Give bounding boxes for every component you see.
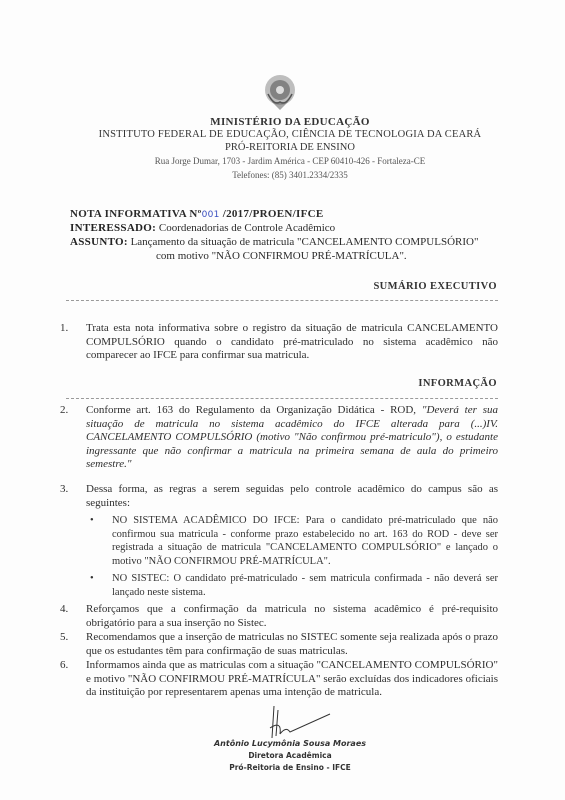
paragraph-text: Reforçamos que a confirmação da matricul… [86, 603, 498, 630]
section-title-sumario: SUMÁRIO EXECUTIVO [373, 281, 497, 292]
coat-of-arms-icon [262, 72, 298, 112]
paragraph-number: 6. [60, 659, 80, 673]
bullet-text: NO SISTEMA ACADÊMICO DO IFCE: Para o can… [112, 514, 498, 568]
signatory-name: Antônio Lucymônia Sousa Moraes [190, 739, 390, 748]
pro-rectory-name: PRÓ-REITORIA DE ENSINO [40, 142, 540, 153]
paragraph-number: 2. [60, 404, 80, 418]
paragraph-5: 5. Recomendamos que a inserção de matric… [60, 631, 498, 658]
signatory-department: Pró-Reitoria de Ensino - IFCE [190, 763, 390, 772]
divider [66, 398, 498, 399]
bullet-item: • NO SISTEMA ACADÊMICO DO IFCE: Para o c… [86, 514, 498, 568]
memo-number-handwritten: 001 [202, 210, 220, 220]
paragraph-text-intro: Conforme art. 163 do Regulamento da Orga… [86, 404, 422, 416]
paragraph-number: 1. [60, 322, 80, 336]
paragraph-text: Dessa forma, as regras a serem seguidas … [86, 483, 498, 510]
paragraph-text: Conforme art. 163 do Regulamento da Orga… [86, 404, 498, 472]
paragraph-3: 3. Dessa forma, as regras a serem seguid… [60, 483, 498, 510]
paragraph-4: 4. Reforçamos que a confirmação da matri… [60, 603, 498, 630]
memo-number-prefix: NOTA INFORMATIVA Nº [70, 208, 202, 220]
bullet-icon: • [90, 514, 94, 528]
bullet-text: NO SISTEC: O candidato pré-matriculado -… [112, 572, 498, 599]
paragraph-number: 5. [60, 631, 80, 645]
address: Rua Jorge Dumar, 1703 - Jardim América -… [40, 156, 540, 166]
paragraph-number: 4. [60, 603, 80, 617]
signatory-role: Diretora Acadêmica [190, 751, 390, 760]
handwritten-signature-icon [242, 700, 332, 740]
assunto-label: ASSUNTO: [70, 236, 128, 248]
interessado-value: Coordenadorias de Controle Acadêmico [159, 222, 335, 234]
section-title-informacao: INFORMAÇÃO [418, 378, 497, 389]
paragraph-6: 6. Informamos ainda que as matriculas co… [60, 659, 498, 700]
institute-name: INSTITUTO FEDERAL DE EDUCAÇÃO, CIÊNCIA D… [40, 129, 540, 140]
phone: Telefones: (85) 3401.2334/2335 [40, 170, 540, 180]
assunto-value-continuation: com motivo "NÃO CONFIRMOU PRÉ-MATRÍCULA"… [156, 250, 407, 263]
bullet-item: • NO SISTEC: O candidato pré-matriculado… [86, 572, 498, 599]
paragraph-text: Recomendamos que a inserção de matricula… [86, 631, 498, 658]
paragraph-text: Informamos ainda que as matriculas com a… [86, 659, 498, 700]
paragraph-number: 3. [60, 483, 80, 497]
paragraph-2: 2. Conforme art. 163 do Regulamento da O… [60, 404, 498, 472]
paragraph-1: 1. Trata esta nota informativa sobre o r… [60, 322, 498, 363]
bullet-icon: • [90, 572, 94, 586]
divider [66, 300, 498, 301]
memo-number-suffix: /2017/PROEN/IFCE [220, 208, 324, 220]
interessado-line: INTERESSADO: Coordenadorias de Controle … [70, 222, 335, 235]
ministry-title: MINISTÉRIO DA EDUCAÇÃO [40, 116, 540, 128]
interessado-label: INTERESSADO: [70, 222, 156, 234]
memo-number: NOTA INFORMATIVA Nº001 /2017/PROEN/IFCE [70, 208, 323, 222]
paragraph-text: Trata esta nota informativa sobre o regi… [86, 322, 498, 363]
assunto-line: ASSUNTO: Lançamento da situação de matri… [70, 236, 478, 249]
document-page: MINISTÉRIO DA EDUCAÇÃO INSTITUTO FEDERAL… [0, 0, 565, 800]
assunto-value: Lançamento da situação de matricula "CAN… [131, 236, 479, 248]
